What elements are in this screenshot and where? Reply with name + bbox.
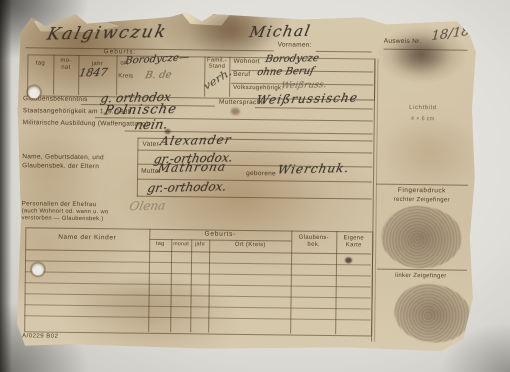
rule-line — [26, 47, 274, 51]
photo-background: Kalgiwczuk Vornamen: Michal Ausweis Nr. … — [0, 0, 510, 372]
lichtbild-size-label: 4 × 6 cm — [377, 117, 469, 124]
muttersprache-value: Weißrussische — [256, 92, 360, 106]
wohnort-label: Wohnort — [233, 59, 260, 66]
birth-kreis-value: B. de — [144, 71, 172, 82]
tag-col-header: tag — [149, 242, 171, 248]
rechter-zeigefinger-label: rechter Zeigefinger — [376, 197, 468, 204]
monat-label: nat — [53, 65, 78, 71]
kreis-label: Kreis — [118, 73, 133, 79]
eltern-label: Name, Geburtsdaten, und — [22, 154, 104, 161]
lichtbild-label: Lichtbild — [377, 105, 469, 112]
monat-col-header: monat — [171, 242, 191, 247]
birth-year-value: 1847 — [78, 67, 108, 79]
tag-label: tag — [27, 60, 53, 66]
rule-line — [316, 51, 372, 53]
mutter-faith-value: gr.-orthodox. — [147, 180, 228, 194]
geborene-label: geborene — [246, 171, 276, 178]
fingerabdruck-label: Fingerabdruck — [376, 188, 468, 196]
ehefrau-value: Olena — [128, 199, 166, 212]
glaubensbek-col-header: Glaubens- — [291, 235, 336, 242]
right-index-fingerprint — [381, 206, 462, 269]
stain-speck — [231, 108, 240, 115]
militaerische-ausbildung-label: Militärische Ausbildung (Waffengattung): — [23, 120, 151, 128]
eigene-karte-col-header: Eigene — [336, 235, 371, 241]
vater-label: Vater — [142, 142, 159, 149]
parents-box-divider — [137, 138, 139, 197]
rule-line — [137, 196, 372, 200]
punch-hole — [28, 86, 40, 98]
staatsangehoerigkeit-value: Polnische — [103, 103, 178, 118]
beruf-value: ohne Beruf — [256, 67, 314, 78]
wohnort-value: Borodycze — [264, 54, 319, 65]
left-index-fingerprint — [391, 280, 473, 346]
mutter-maiden-value: Wierchuk. — [277, 162, 351, 176]
rule-line — [255, 107, 373, 109]
beruf-label: Beruf — [233, 72, 250, 79]
form-code: A/0229 B02 — [22, 333, 58, 339]
eigene-karte-col-header: Karte — [336, 242, 371, 248]
volkszugehoerigkeit-label: Volkszugehörigk. — [233, 85, 283, 92]
linker-zeigefinger-label: linker Zeigefinger — [375, 273, 467, 280]
punch-hole — [32, 263, 44, 275]
volkszugehoerigkeit-value: Weißruss. — [280, 81, 327, 91]
registration-card: Kalgiwczuk Vornamen: Michal Ausweis Nr. … — [14, 9, 478, 353]
jahr-col-header: jahr — [191, 242, 209, 248]
ausweis-nr-label: Ausweis Nr. — [384, 39, 422, 46]
ehefrau-label: Personalien der Ehefrau — [22, 201, 97, 208]
mutter-name-value: Mathrona — [157, 161, 228, 174]
ehefrau-label: verstorben — Glaubensbek.) — [21, 216, 103, 223]
eltern-label: Glaubensbek. der Eltern — [22, 163, 99, 170]
vornamen-label: Vornamen: — [278, 42, 312, 49]
monat-label: mo- — [53, 58, 78, 64]
vater-name-value: Alexander — [159, 134, 233, 148]
rule-line — [376, 184, 468, 186]
torn-edge-flap — [180, 11, 232, 26]
rule-line — [384, 49, 468, 51]
ort-kreis-col-header: Ort (Kreis) — [209, 242, 291, 249]
ausweis-nr-value: 18/18 — [431, 25, 470, 43]
vornamen-value: Michal — [248, 24, 312, 40]
rule-line — [377, 269, 467, 271]
surname-value: Kalgiwczuk — [45, 24, 169, 44]
glaubensbek-col-header: bek. — [291, 242, 336, 249]
